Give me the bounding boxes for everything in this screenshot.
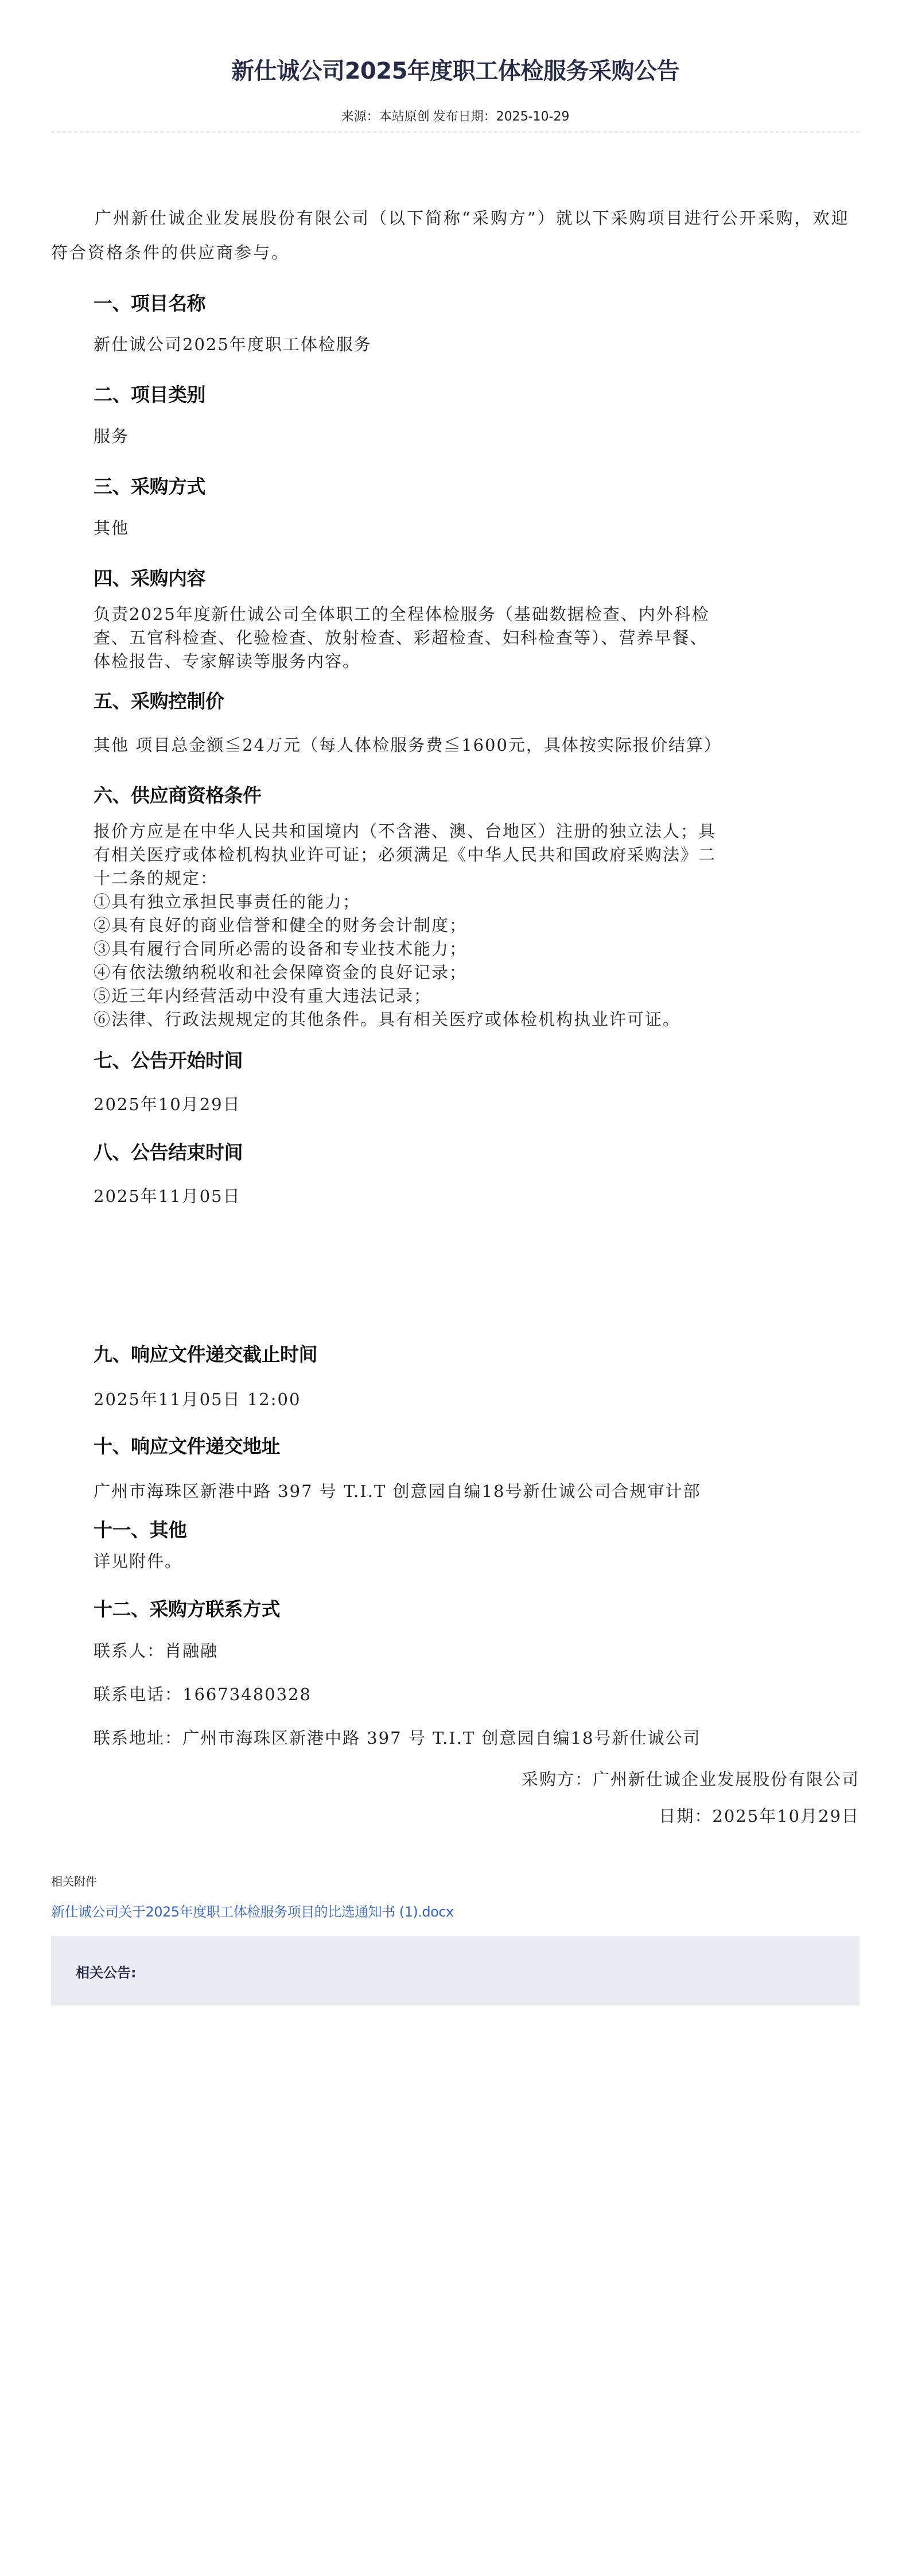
article-meta: 来源：本站原创发布日期：2025-10-29 bbox=[51, 107, 860, 125]
section-body-start-time: 2025年10月29日 bbox=[94, 1093, 834, 1116]
intro-paragraph: 广州新仕诚企业发展股份有限公司（以下简称“采购方”）就以下采购项目进行公开采购，… bbox=[51, 201, 860, 270]
source-label: 来源：本站原创 bbox=[341, 110, 430, 124]
section-heading-project-name: 一、项目名称 bbox=[94, 289, 205, 316]
attachment-link-docx[interactable]: 新仕诚公司关于2025年度职工体检服务项目的比选通知书 (1).docx bbox=[51, 1900, 454, 1921]
contact-phone: 联系电话：16673480328 bbox=[94, 1683, 834, 1706]
section-heading-procurement-content: 四、采购内容 bbox=[94, 564, 205, 591]
header-divider bbox=[51, 131, 860, 133]
page-title: 新仕诚公司2025年度职工体检服务采购公告 bbox=[51, 53, 860, 86]
section-body-procurement-method: 其他 bbox=[94, 517, 834, 540]
section-heading-supplier-qualification: 六、供应商资格条件 bbox=[94, 781, 262, 808]
section-body-end-time: 2025年11月05日 bbox=[94, 1185, 834, 1208]
contact-person: 联系人：肖融融 bbox=[94, 1639, 834, 1663]
contact-address: 联系地址：广州市海珠区新港中路 397 号 T.I.T 创意园自编18号新仕诚公… bbox=[94, 1727, 834, 1750]
publish-date: 发布日期：2025-10-29 bbox=[433, 110, 570, 124]
signature-date: 日期：2025年10月29日 bbox=[659, 1803, 860, 1827]
section-heading-submission-address: 十、响应文件递交地址 bbox=[94, 1431, 280, 1458]
section-heading-other: 十一、其他 bbox=[94, 1515, 187, 1542]
section-heading-price-cap: 五、采购控制价 bbox=[94, 686, 224, 713]
section-heading-start-time: 七、公告开始时间 bbox=[94, 1046, 243, 1073]
section-heading-procurement-method: 三、采购方式 bbox=[94, 472, 205, 499]
section-body-price-cap: 其他 项目总金额≦24万元（每人体检服务费≦1600元，具体按实际报价结算） bbox=[94, 734, 834, 757]
section-body-project-name: 新仕诚公司2025年度职工体检服务 bbox=[94, 333, 834, 356]
related-announcements-panel: 相关公告: bbox=[51, 1936, 860, 2005]
section-body-procurement-content: 负责2025年度新仕诚公司全体职工的全程体检服务（基础数据检查、内外科检 查、五… bbox=[94, 603, 834, 673]
section-heading-contact: 十二、采购方联系方式 bbox=[94, 1595, 280, 1621]
signature-purchaser: 采购方：广州新仕诚企业发展股份有限公司 bbox=[522, 1767, 860, 1790]
section-body-other: 详见附件。 bbox=[94, 1550, 834, 1573]
section-body-submission-deadline: 2025年11月05日 12:00 bbox=[94, 1388, 834, 1411]
section-heading-project-category: 二、项目类别 bbox=[94, 380, 205, 407]
section-body-supplier-qualification: 报价方应是在中华人民共和国境内（不含港、澳、台地区）注册的独立法人；具 有相关医… bbox=[94, 820, 834, 1031]
section-heading-submission-deadline: 九、响应文件递交截止时间 bbox=[94, 1340, 317, 1367]
section-heading-end-time: 八、公告结束时间 bbox=[94, 1138, 243, 1165]
section-body-submission-address: 广州市海珠区新港中路 397 号 T.I.T 创意园自编18号新仕诚公司合规审计… bbox=[94, 1480, 834, 1503]
related-announcements-label: 相关公告: bbox=[76, 1961, 137, 1981]
attachments-label: 相关附件 bbox=[51, 1872, 97, 1889]
section-body-project-category: 服务 bbox=[94, 425, 834, 448]
